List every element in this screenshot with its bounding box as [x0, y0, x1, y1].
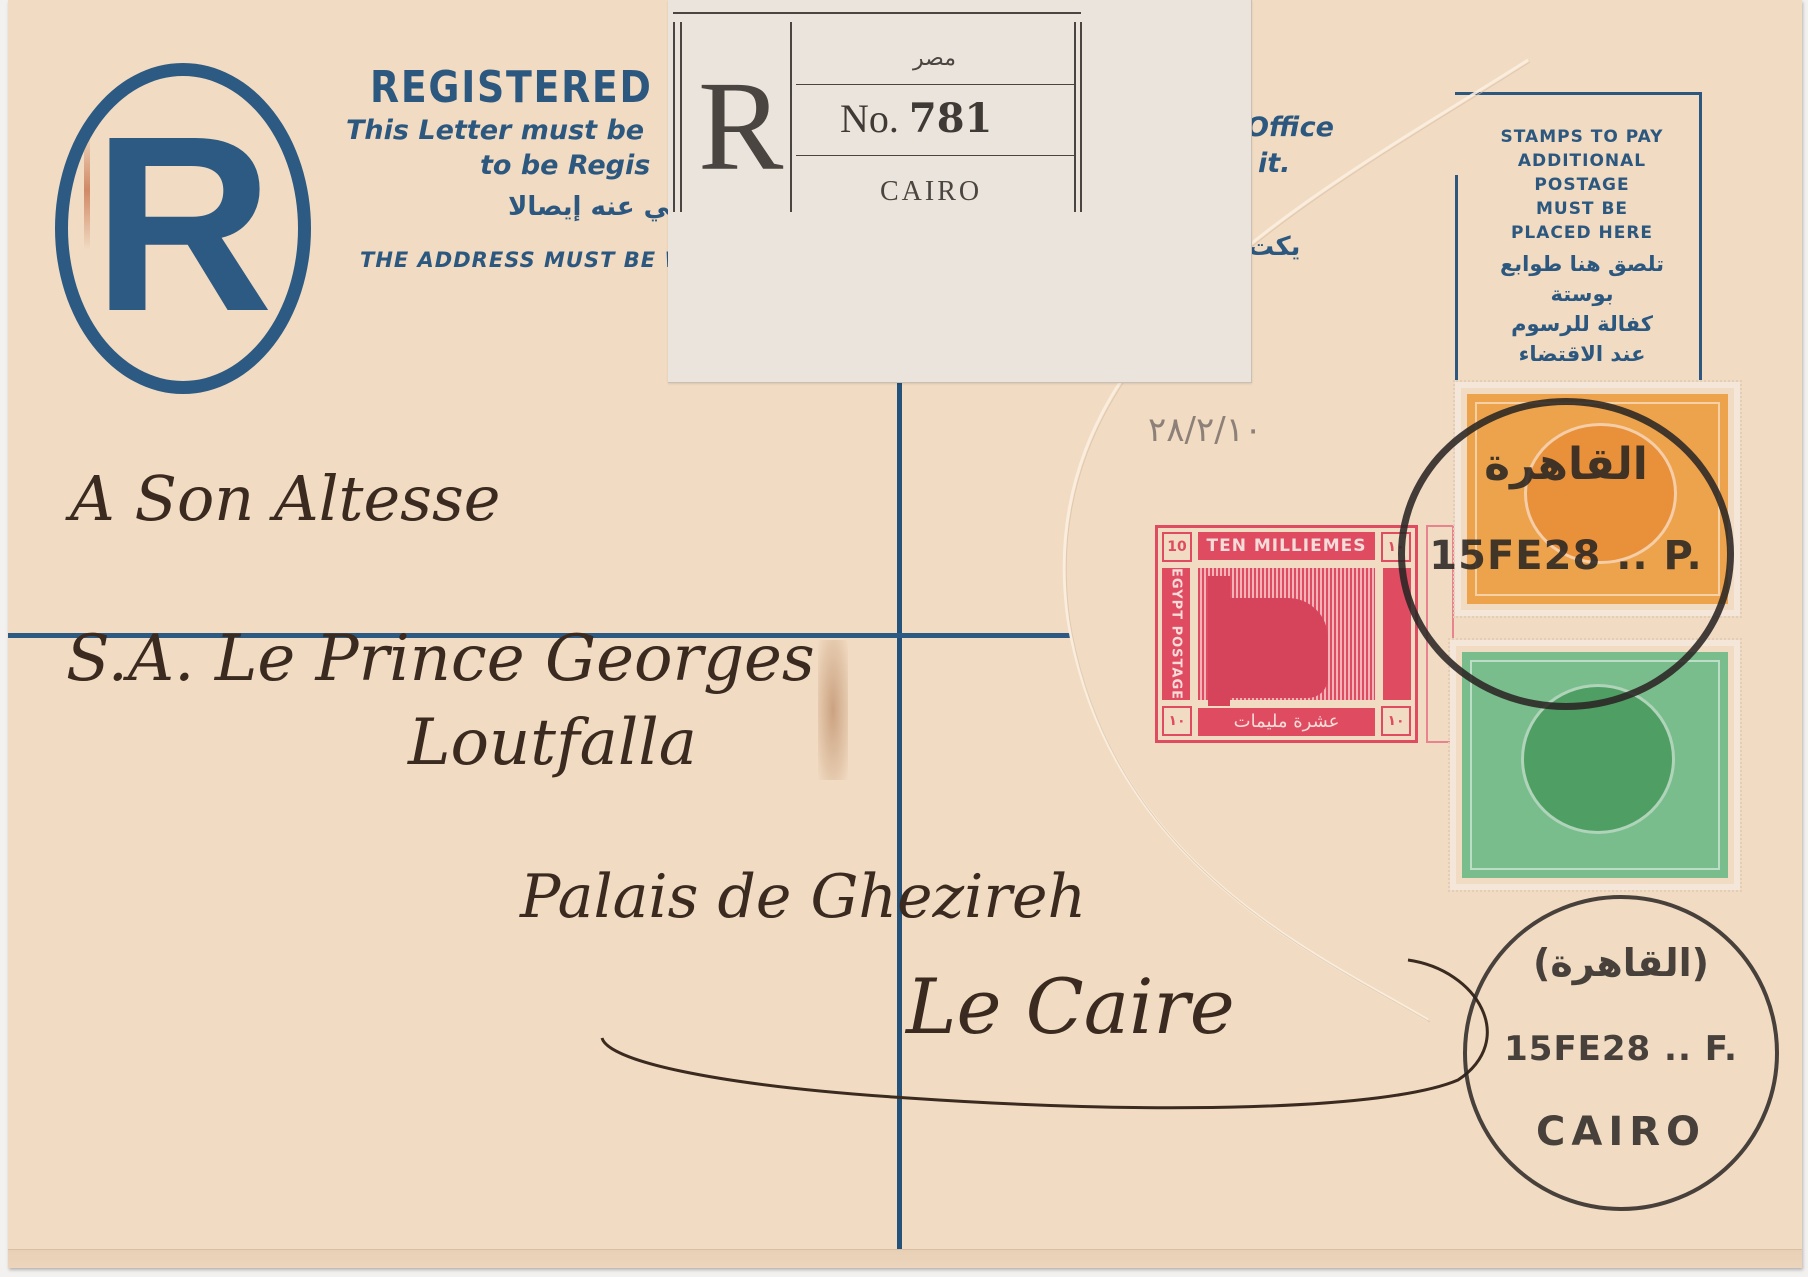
label-divider: [796, 84, 1074, 85]
label-city: CAIRO: [880, 176, 982, 208]
postmark-arabic: القاهرة: [1405, 439, 1727, 490]
postmark-date: 15FE28 .. P.: [1405, 533, 1727, 579]
stamp-corner-value: 10: [1162, 532, 1192, 562]
number-value: 781: [909, 95, 993, 142]
registration-number: No.781: [840, 95, 992, 142]
label-r-letter: R: [698, 62, 783, 190]
additional-postage-box: STAMPS TO PAY ADDITIONAL POSTAGE MUST BE…: [1455, 92, 1702, 380]
address-line-2: S.A. Le Prince Georges: [66, 622, 815, 696]
stamp-corner-value: ١٠: [1162, 706, 1192, 736]
instruction-line-1-end: Office: [1246, 112, 1334, 143]
postmark-arabic: (القاهرة): [1467, 941, 1775, 985]
registered-r-emblem: R: [55, 63, 311, 394]
instruction-line-2-end: it.: [1258, 148, 1290, 179]
postage-box-line: STAMPS TO PAY: [1475, 125, 1689, 149]
address-line-4: Palais de Ghezireh: [520, 862, 1086, 932]
postage-box-arabic-line: تلصق هنا طوابع بوستة: [1475, 249, 1689, 309]
postage-box-line: MUST BE: [1475, 197, 1689, 221]
label-border: [680, 22, 682, 212]
label-divider: [796, 155, 1074, 156]
postage-box-line: ADDITIONAL: [1475, 149, 1689, 173]
registered-heading: REGISTERED: [370, 62, 653, 113]
stamp-value-label: TEN MILLIEMES: [1198, 532, 1375, 560]
label-border: [673, 22, 675, 212]
registration-label: R مصر No.781 CAIRO: [668, 0, 1252, 383]
sphinx-pyramid-vignette: [1198, 568, 1375, 700]
postmark-cairo: (القاهرة) 15FE28 .. F. CAIRO: [1463, 895, 1779, 1211]
stamp-side-label: EGYPT POSTAGE: [1162, 568, 1190, 700]
postage-box-line: PLACED HERE: [1475, 221, 1689, 245]
instruction-line-1: This Letter must be: [346, 115, 644, 146]
pencil-note: ٢٨/٢/١٠: [1148, 410, 1262, 450]
vertical-registration-line: [897, 380, 902, 1253]
instruction-line-2: to be Regis: [480, 150, 650, 181]
imprinted-stamp: TEN MILLIEMES EGYPT POSTAGE عشرة مليمات …: [1155, 525, 1418, 743]
number-prefix: No.: [840, 96, 899, 141]
stamp-arabic-value: عشرة مليمات: [1198, 708, 1375, 736]
registered-r-letter: R: [68, 99, 298, 349]
postage-box-arabic: تلصق هنا طوابع بوستة كفالة للرسوم عند ال…: [1475, 249, 1689, 369]
address-line-3: Loutfalla: [408, 706, 697, 780]
postage-box-arabic-line: عند الاقتضاء: [1475, 339, 1689, 369]
address-note: THE ADDRESS MUST BE W: [360, 248, 689, 272]
label-city-arabic: مصر: [913, 46, 956, 71]
address-line-5: Le Caire: [906, 962, 1235, 1051]
postage-box-line: POSTAGE: [1475, 173, 1689, 197]
stamp-side-text: EGYPT POSTAGE: [1169, 568, 1184, 700]
stamp-corner-value: ١٠: [1381, 706, 1411, 736]
postmark-date: 15FE28 .. F.: [1467, 1029, 1775, 1069]
ink-stain: [818, 640, 848, 780]
postmark-city: CAIRO: [1467, 1109, 1775, 1155]
instruction-arabic-end: يكت: [1248, 232, 1300, 262]
postage-box-arabic-line: كفالة للرسوم: [1475, 309, 1689, 339]
label-border: [1080, 22, 1082, 212]
envelope: R REGISTERED This Letter must be to be R…: [8, 0, 1802, 1268]
label-border: [1074, 22, 1076, 212]
address-line-1: A Son Altesse: [70, 462, 500, 535]
postmark-over-stamps: القاهرة 15FE28 .. P.: [1398, 398, 1734, 710]
label-border: [790, 22, 792, 212]
